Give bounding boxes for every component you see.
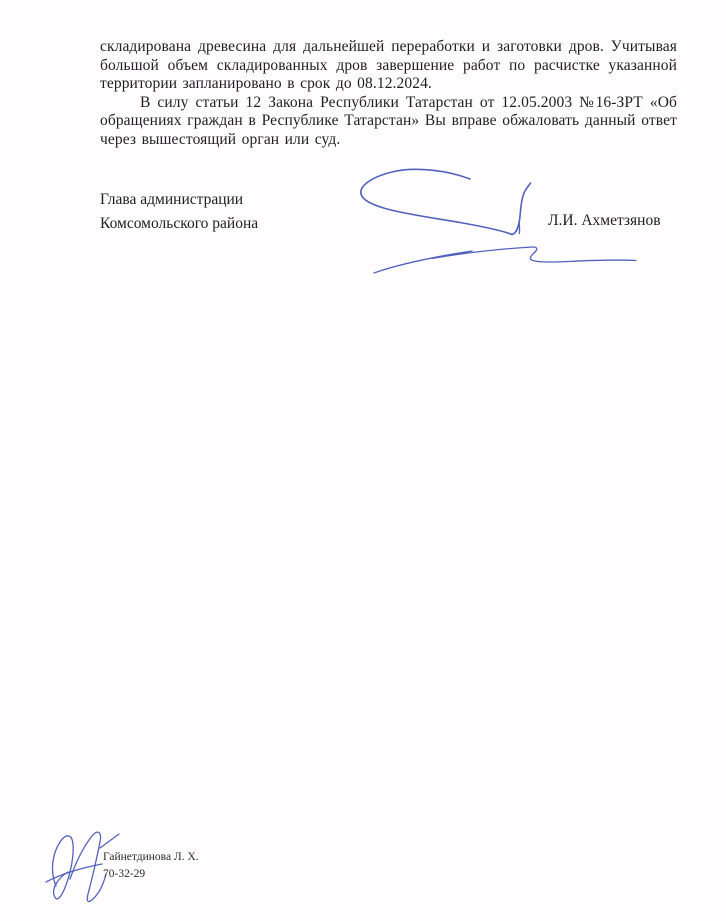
signer-title-line2: Комсомольского района	[100, 212, 258, 236]
executor-phone: 70-32-29	[103, 866, 199, 883]
letter-body: складирована древесина для дальнейшей пе…	[100, 38, 677, 150]
signer-title-line1: Глава администрации	[100, 188, 258, 212]
paragraph-appeal-rights: В силу статьи 12 Закона Республики Татар…	[100, 94, 677, 150]
executor-block: Гайнетдинова Л. Х. 70-32-29	[103, 849, 199, 883]
signer-title: Глава администрации Комсомольского район…	[100, 188, 258, 235]
signature-ink	[348, 160, 648, 280]
document-page: складирована древесина для дальнейшей пе…	[0, 0, 726, 921]
executor-name: Гайнетдинова Л. Х.	[103, 849, 199, 866]
paragraph-wood-storage: складирована древесина для дальнейшей пе…	[100, 38, 677, 94]
